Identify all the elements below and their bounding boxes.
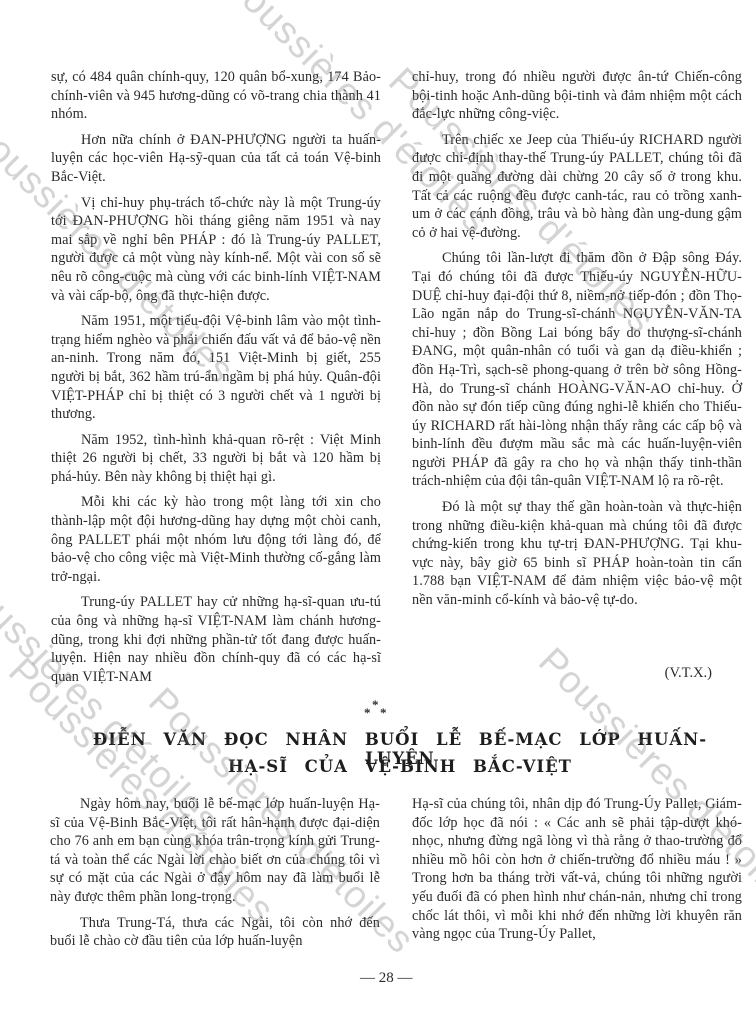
- paragraph: Hơn nữa chính ở ĐAN-PHƯỢNG người ta huấn…: [51, 131, 381, 187]
- top-article-right-column: chỉ-huy, trong đó nhiều người được ân-tứ…: [412, 68, 742, 617]
- article-title-line-2: HẠ-SĨ CỦA VỆ-BINH BẮC-VIỆT: [60, 757, 740, 776]
- second-article-left-column: Ngày hôm nay, buổi lễ bế-mạc lớp huấn-lu…: [50, 795, 380, 958]
- paragraph: Trung-úy PALLET hay cử những hạ-sĩ-quan …: [51, 593, 381, 686]
- paragraph: Ngày hôm nay, buổi lễ bế-mạc lớp huấn-lu…: [50, 795, 380, 907]
- paragraph: Trên chiếc xe Jeep của Thiếu-úy RICHARD …: [412, 131, 742, 243]
- paragraph: Đó là một sự thay thế gần hoàn-toàn và t…: [412, 498, 742, 610]
- paragraph: Năm 1951, một tiểu-đội Vệ-binh lâm vào m…: [51, 312, 381, 424]
- second-article-right-column: Hạ-sĩ của chúng tôi, nhân dịp đó Trung-Ú…: [412, 795, 742, 951]
- asterisk-icon: *: [372, 700, 379, 710]
- paragraph: Mỗi khi các kỳ hào trong một làng tới xi…: [51, 493, 381, 586]
- paragraph: Vị chỉ-huy phụ-trách tổ-chức này là một …: [51, 194, 381, 306]
- paragraph: chỉ-huy, trong đó nhiều người được ân-tứ…: [412, 68, 742, 124]
- paragraph: Thưa Trung-Tá, thưa các Ngài, tôi còn nh…: [50, 914, 380, 951]
- asterisk-icon: *: [364, 708, 371, 718]
- paragraph: Hạ-sĩ của chúng tôi, nhân dịp đó Trung-Ú…: [412, 795, 742, 944]
- paragraph: Năm 1952, tình-hình khả-quan rõ-rệt : Vi…: [51, 431, 381, 487]
- paragraph: sự, có 484 quân chính-quy, 120 quân bổ-x…: [51, 68, 381, 124]
- paragraph: Chúng tôi lần-lượt đi thăm đồn ở Đập sôn…: [412, 249, 742, 491]
- document-page: sự, có 484 quân chính-quy, 120 quân bổ-x…: [0, 0, 756, 1023]
- article-signature: (V.T.X.): [412, 665, 712, 682]
- top-article-left-column: sự, có 484 quân chính-quy, 120 quân bổ-x…: [51, 68, 381, 693]
- asterisk-icon: *: [380, 708, 387, 718]
- page-number: — 28 —: [360, 970, 413, 987]
